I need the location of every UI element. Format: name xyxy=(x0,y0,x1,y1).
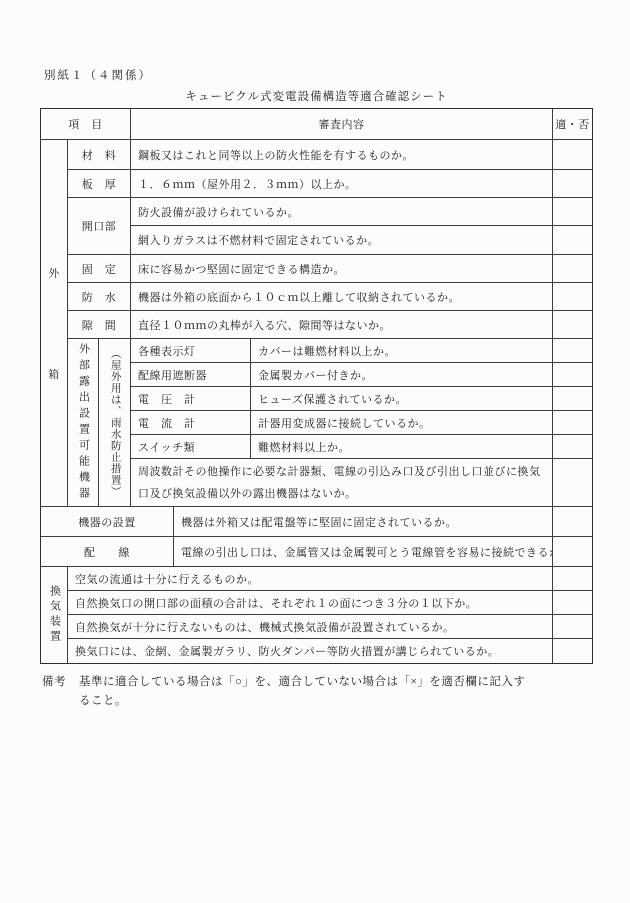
judge-cell xyxy=(553,387,592,410)
device-req: 金属製カバー付きか。 xyxy=(251,363,553,386)
outer-box-label: 外 箱 xyxy=(41,140,68,506)
judge-cell xyxy=(553,507,592,536)
row-material: 材 料 鋼板又はこれと同等以上の防火性能を有するものか。 xyxy=(68,140,592,170)
judge-cell xyxy=(553,363,592,386)
judge-cell xyxy=(553,615,592,638)
row-gap: 隙 間 直径１０ｍｍの丸棒が入る穴、隙間等はないか。 xyxy=(68,311,592,339)
opening-text-1: 防火設備が設けられているか。 xyxy=(131,198,553,225)
row-switches: スイッチ類 難燃材料以上か。 xyxy=(131,435,592,459)
checklist-table: 項 目 審査内容 適・否 外 箱 材 料 鋼板又はこれと同等以上の防火性能を有す… xyxy=(40,108,593,664)
judge-cell xyxy=(553,283,592,310)
device-name: 配線用遮断器 xyxy=(131,363,251,386)
row-vent-area: 自然換気口の開口部の面積の合計は、それぞれ１の面につき３分の１以下か。 xyxy=(68,591,592,615)
row-voltmeter: 電 圧 計 ヒューズ保護されているか。 xyxy=(131,387,592,411)
gap-label: 隙 間 xyxy=(68,311,131,338)
ventilation-label-vertical: 換気装置 xyxy=(49,585,60,645)
row-indicator-lamps: 各種表示灯 カバーは難燃材料以上か。 xyxy=(131,339,592,363)
row-vent-fireproof: 換気口には、金網、金属製ガラリ、防火ダンパー等防火措置が講じられているか。 xyxy=(68,639,592,663)
judge-cell xyxy=(553,639,592,663)
remark-line-2: ること。 xyxy=(79,692,525,711)
row-group-exposed: 外部露出設置可能機器 （屋外用は、雨水防止措置） 各種表示灯 カバーは難燃材料以… xyxy=(68,339,592,506)
ventilation-label: 換気装置 xyxy=(41,567,68,663)
waterproof-text: 機器は外箱の底面から１０ｃｍ以上離して収納されているか。 xyxy=(131,283,553,310)
vent-text: 自然換気口の開口部の面積の合計は、それぞれ１の面につき３分の１以下か。 xyxy=(68,591,553,614)
row-thickness: 板 厚 １．６ｍｍ（屋外用２．３ｍｍ）以上か。 xyxy=(68,170,592,198)
outer-box-label-char-1: 外 xyxy=(48,265,60,281)
row-installation: 機器の設置 機器は外箱又は配電盤等に堅固に固定されているか。 xyxy=(41,507,592,537)
exposed-footer-text: 周波数計その他操作に必要な計器類、電線の引込み口及び引出し口並びに換気口及び換気… xyxy=(131,459,553,506)
row-ammeter: 電 流 計 計器用変成器に接続しているか。 xyxy=(131,411,592,435)
row-circuit-breaker: 配線用遮断器 金属製カバー付きか。 xyxy=(131,363,592,387)
device-name: スイッチ類 xyxy=(131,435,251,458)
page-title: キュービクル式変電設備構造等適合確認シート xyxy=(40,88,593,104)
row-vent-mechanical: 自然換気が十分に行えないものは、機械式換気設備が設置されているか。 xyxy=(68,615,592,639)
header-item: 項 目 xyxy=(41,109,131,139)
judge-cell xyxy=(553,435,592,458)
device-name: 各種表示灯 xyxy=(131,339,251,362)
row-group-opening: 開口部 防火設備が設けられているか。 網入りガラスは不燃材料で固定されているか。 xyxy=(68,198,592,255)
remark-line-1: 基準に適合している場合は「○」を、適合していない場合は「×」を適否欄に記入す xyxy=(79,673,525,692)
remark-label: 備考 xyxy=(42,673,66,711)
remark-note: 備考 基準に適合している場合は「○」を、適合していない場合は「×」を適否欄に記入… xyxy=(42,673,525,711)
header-judge: 適・否 xyxy=(553,109,592,139)
material-label: 材 料 xyxy=(68,140,131,169)
installation-text: 機器は外箱又は配電盤等に堅固に固定されているか。 xyxy=(174,507,553,536)
judge-cell xyxy=(553,140,592,169)
row-exposed-footer: 周波数計その他操作に必要な計器類、電線の引込み口及び引出し口並びに換気口及び換気… xyxy=(131,459,592,506)
section-outer-box: 外 箱 材 料 鋼板又はこれと同等以上の防火性能を有するものか。 板 厚 １．６… xyxy=(41,140,592,507)
vent-text: 空気の流通は十分に行えるものか。 xyxy=(68,567,553,590)
installation-label: 機器の設置 xyxy=(41,507,174,536)
wiring-text: 電線の引出し口は、金属管又は金属製可とう電線管を容易に接続できるか xyxy=(174,537,553,566)
row-opening-1: 防火設備が設けられているか。 xyxy=(131,198,592,226)
gap-text: 直径１０ｍｍの丸棒が入る穴、隙間等はないか。 xyxy=(131,311,553,338)
row-vent-airflow: 空気の流通は十分に行えるものか。 xyxy=(68,567,592,591)
judge-cell xyxy=(553,311,592,338)
exposed-note: （屋外用は、雨水防止措置） xyxy=(99,339,131,506)
device-req: 難燃材料以上か。 xyxy=(251,435,553,458)
judge-cell xyxy=(553,339,592,362)
thickness-text: １．６ｍｍ（屋外用２．３ｍｍ）以上か。 xyxy=(131,170,553,197)
section-ventilation: 換気装置 空気の流通は十分に行えるものか。 自然換気口の開口部の面積の合計は、そ… xyxy=(41,567,592,663)
table-header-row: 項 目 審査内容 適・否 xyxy=(41,109,592,140)
exposed-note-vertical: （屋外用は、雨水防止措置） xyxy=(109,348,120,498)
row-fixing: 固 定 床に容易かつ堅固に固定できる構造か。 xyxy=(68,255,592,283)
judge-cell xyxy=(553,255,592,282)
device-req: カバーは難燃材料以上か。 xyxy=(251,339,553,362)
outer-box-label-char-2: 箱 xyxy=(48,366,60,382)
vent-text: 換気口には、金網、金属製ガラリ、防火ダンパー等防火措置が講じられているか。 xyxy=(68,639,553,663)
wiring-label: 配 線 xyxy=(41,537,174,566)
row-wiring: 配 線 電線の引出し口は、金属管又は金属製可とう電線管を容易に接続できるか xyxy=(41,537,592,567)
exposed-label-vertical: 外部露出設置可能機器 xyxy=(78,343,89,503)
device-req: 計器用変成器に接続しているか。 xyxy=(251,411,553,434)
exposed-label: 外部露出設置可能機器 xyxy=(68,339,99,506)
vent-text: 自然換気が十分に行えないものは、機械式換気設備が設置されているか。 xyxy=(68,615,553,638)
judge-cell xyxy=(553,198,592,225)
fixing-label: 固 定 xyxy=(68,255,131,282)
row-waterproof: 防 水 機器は外箱の底面から１０ｃｍ以上離して収納されているか。 xyxy=(68,283,592,311)
header-review: 審査内容 xyxy=(131,109,553,139)
judge-cell xyxy=(553,226,592,254)
document-page: 別紙１（４関係） キュービクル式変電設備構造等適合確認シート 項 目 審査内容 … xyxy=(0,0,630,903)
opening-text-2: 網入りガラスは不燃材料で固定されているか。 xyxy=(131,226,553,254)
judge-cell xyxy=(553,567,592,590)
device-name: 電 圧 計 xyxy=(131,387,251,410)
judge-cell xyxy=(553,591,592,614)
fixing-text: 床に容易かつ堅固に固定できる構造か。 xyxy=(131,255,553,282)
thickness-label: 板 厚 xyxy=(68,170,131,197)
judge-cell xyxy=(553,170,592,197)
device-req: ヒューズ保護されているか。 xyxy=(251,387,553,410)
row-opening-2: 網入りガラスは不燃材料で固定されているか。 xyxy=(131,226,592,254)
sheet-reference: 別紙１（４関係） xyxy=(44,67,152,83)
device-name: 電 流 計 xyxy=(131,411,251,434)
judge-cell xyxy=(553,459,592,506)
waterproof-label: 防 水 xyxy=(68,283,131,310)
opening-label: 開口部 xyxy=(68,198,131,254)
judge-cell xyxy=(553,411,592,434)
judge-cell xyxy=(553,537,592,566)
material-text: 鋼板又はこれと同等以上の防火性能を有するものか。 xyxy=(131,140,553,169)
